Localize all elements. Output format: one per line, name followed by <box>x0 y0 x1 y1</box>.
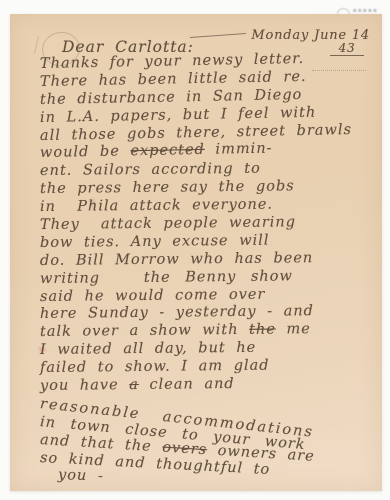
struck-word: expected <box>130 142 205 159</box>
letter-text: you have <box>40 377 129 394</box>
letter-text: talk over a show with <box>40 322 249 340</box>
letter-text: They attack people wearing <box>40 214 296 233</box>
letter-photo: ▪▪▪▪▪ ▪▪▪▪ Monday June 14 43 Dear Carlot… <box>0 0 390 500</box>
pencil-mark-tick <box>34 36 39 54</box>
letter-text: immin- <box>205 141 273 158</box>
struck-word: overs <box>162 439 208 458</box>
letter-text: bow ties. Any excuse will <box>40 233 270 251</box>
letter-text: clean and <box>139 376 235 393</box>
struck-word: the <box>249 322 276 338</box>
letter-text: writing the Benny show <box>40 268 293 287</box>
letter-text: said he would come over <box>40 286 266 304</box>
letter-text: the press here say the gobs <box>40 179 295 198</box>
date-weekday: Monday <box>251 28 309 43</box>
pen-stroke <box>190 33 246 38</box>
letter-text: I waited all day, but he <box>40 340 256 358</box>
letter-text: ent. Sailors according to <box>40 161 261 179</box>
letter-paper: Monday June 14 43 Dear Carlotta: Thanks … <box>10 14 382 491</box>
letter-text: you - <box>58 467 104 485</box>
struck-word: a <box>129 377 139 393</box>
letter-text: would be <box>40 144 131 162</box>
letter-line: you have a clean and <box>40 375 374 396</box>
letter-text: me <box>276 322 311 338</box>
letter-text: in Phila attack everyone. <box>40 197 273 215</box>
letter-lines: Thanks for your newsy letter.There has b… <box>40 56 374 485</box>
letter-text: failed to show. I am glad <box>40 358 270 376</box>
letter-text: here Sunday - yesterday - and <box>40 304 314 323</box>
letter-text: do. Bill Morrow who has been <box>40 250 313 269</box>
